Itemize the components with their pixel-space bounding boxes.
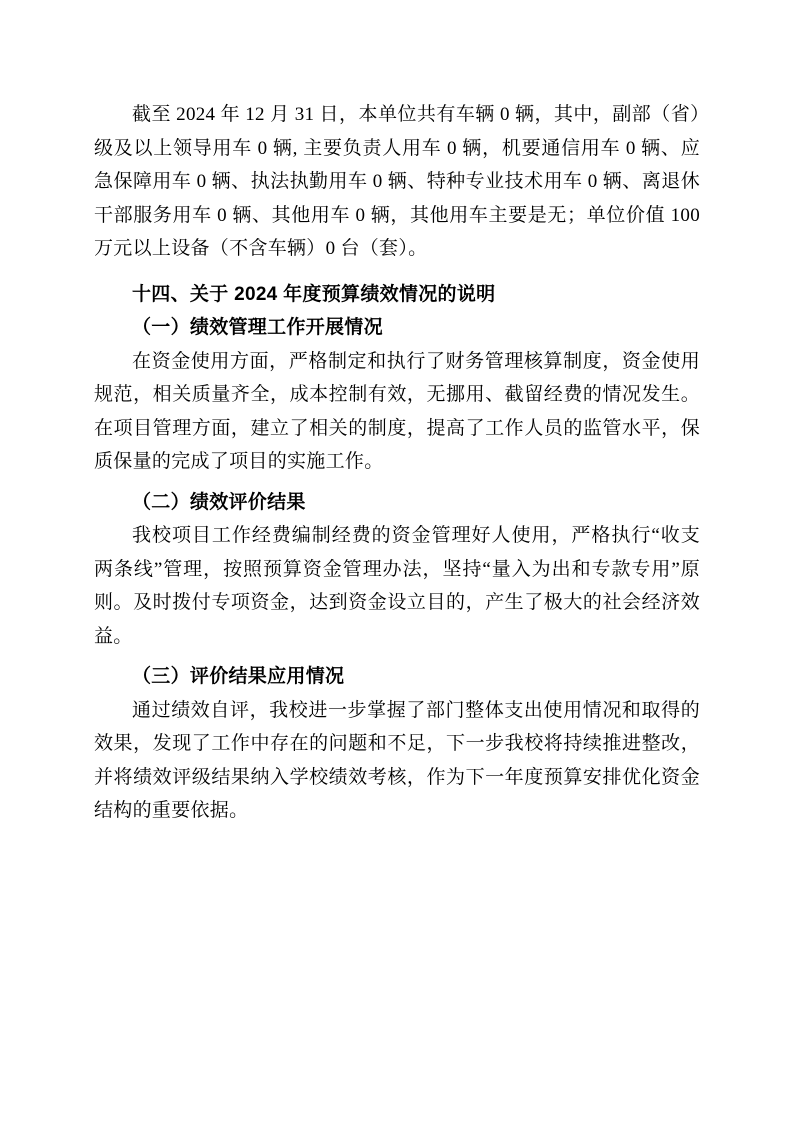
heading-sub-3-results-application: （三）评价结果应用情况 — [94, 660, 700, 694]
heading-sub-1-performance-management: （一）绩效管理工作开展情况 — [94, 311, 700, 345]
para-results-application: 通过绩效自评，我校进一步掌握了部门整体支出使用情况和取得的效果，发现了工作中存在… — [94, 694, 700, 828]
para-vehicle-equipment-summary: 截至 2024 年 12 月 31 日，本单位共有车辆 0 辆，其中，副部（省）… — [94, 98, 700, 266]
heading-section-fourteen-budget-performance: 十四、关于 2024 年度预算绩效情况的说明 — [94, 278, 700, 312]
para-performance-management: 在资金使用方面，严格制定和执行了财务管理核算制度，资金使用规范，相关质量齐全，成… — [94, 345, 700, 479]
heading-sub-2-evaluation-results: （二）绩效评价结果 — [94, 486, 700, 520]
document-page: 截至 2024 年 12 月 31 日，本单位共有车辆 0 辆，其中，副部（省）… — [0, 0, 793, 1122]
para-evaluation-results: 我校项目工作经费编制经费的资金管理好人使用，严格执行“收支两条线”管理，按照预算… — [94, 519, 700, 653]
